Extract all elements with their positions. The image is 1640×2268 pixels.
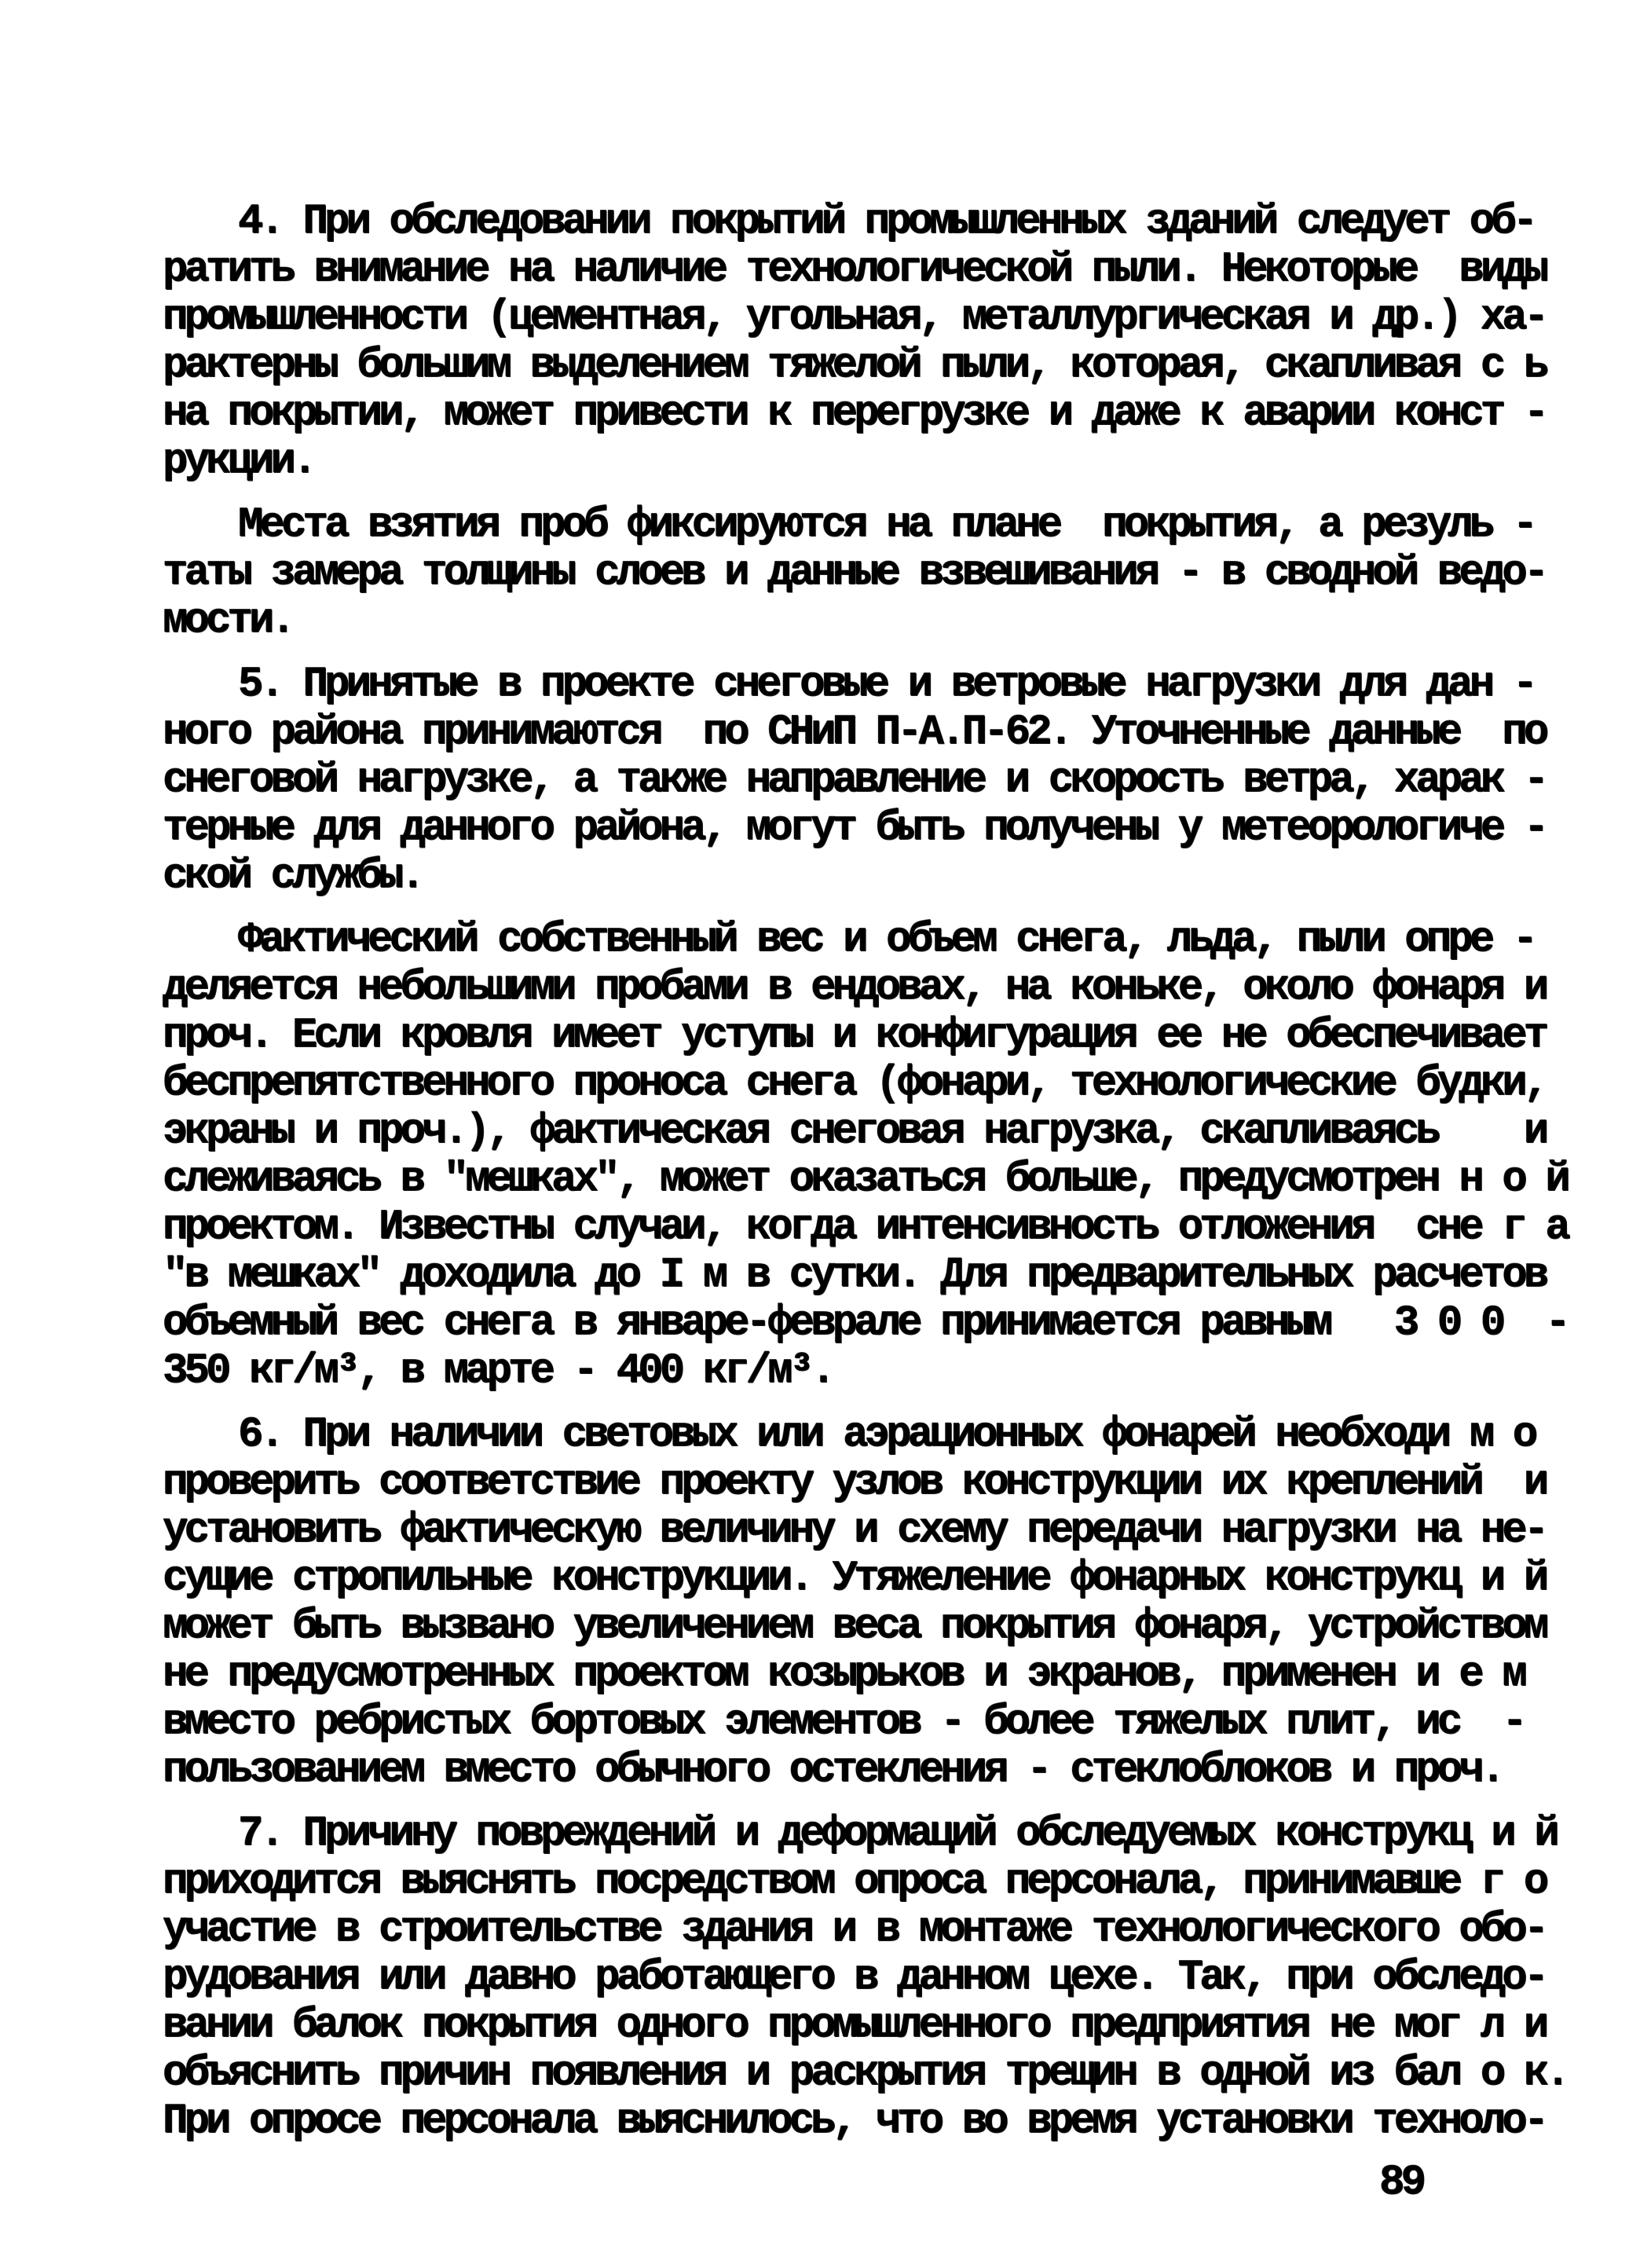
text-line: Места взятия проб фиксируются на плане п… — [163, 501, 1567, 549]
text-line: ратить внимание на наличие технологическ… — [163, 246, 1567, 294]
text-line: 350 кг/м³, в марте - 400 кг/м³. — [163, 1347, 1567, 1395]
text-line: деляется небольшими пробами в ендовах, н… — [163, 964, 1567, 1012]
text-line: участие в строительстве здания и в монта… — [163, 1906, 1567, 1954]
text-line: 7. Причину повреждений и деформаций обсл… — [163, 1810, 1567, 1858]
text-line: "в мешках" доходила до I м в сутки. Для … — [163, 1251, 1567, 1299]
text-line: объемный вес снега в январе-феврале прин… — [163, 1299, 1567, 1347]
typewritten-text-block: 4. При обследовании покрытий промышленны… — [163, 198, 1567, 2145]
page-number: 89 — [1379, 2159, 1422, 2207]
paragraph-sampling-note: Места взятия проб фиксируются на плане п… — [163, 501, 1567, 645]
text-line: таты замера толщины слоев и данные взвеш… — [163, 549, 1567, 597]
text-line: мости. — [163, 597, 1567, 645]
text-line: проверить соответствие проекту узлов кон… — [163, 1459, 1567, 1507]
paragraph-snow-weight-note: Фактический собственный вес и объем снег… — [163, 916, 1567, 1395]
text-line: может быть вызвано увеличением веса покр… — [163, 1603, 1567, 1651]
text-line: экраны и проч.), фактическая снеговая на… — [163, 1108, 1567, 1156]
text-line: Фактический собственный вес и объем снег… — [163, 916, 1567, 964]
paragraph-item-4: 4. При обследовании покрытий промышленны… — [163, 198, 1567, 485]
text-line: терные для данного района, могут быть по… — [163, 804, 1567, 852]
text-line: рукции. — [163, 438, 1567, 485]
text-line: рактерны большим выделением тяжелой пыли… — [163, 342, 1567, 390]
paragraph-item-7: 7. Причину повреждений и деформаций обсл… — [163, 1810, 1567, 2145]
scanned-document-page: 4. При обследовании покрытий промышленны… — [0, 0, 1640, 2268]
text-line: рудования или давно работающего в данном… — [163, 1954, 1567, 2002]
text-line: сущие стропильные конструкции. Утяжелени… — [163, 1555, 1567, 1603]
text-line: приходится выяснять посредством опроса п… — [163, 1858, 1567, 1906]
text-line: на покрытии, может привести к перегрузке… — [163, 390, 1567, 438]
text-line: ской службы. — [163, 852, 1567, 900]
text-line: проч. Если кровля имеет уступы и конфигу… — [163, 1012, 1567, 1060]
text-line: пользованием вместо обычного остекления … — [163, 1746, 1567, 1794]
text-line: установить фактическую величину и схему … — [163, 1507, 1567, 1555]
text-line: При опросе персонала выяснилось, что во … — [163, 2098, 1567, 2145]
text-line: ного района принимаются по СНиП П-А.П-62… — [163, 709, 1567, 757]
text-line: вании балок покрытия одного промышленног… — [163, 2002, 1567, 2050]
text-line: проектом. Известны случаи, когда интенси… — [163, 1204, 1567, 1251]
text-line: 5. Принятые в проекте снеговые и ветровы… — [163, 661, 1567, 709]
paragraph-item-5: 5. Принятые в проекте снеговые и ветровы… — [163, 661, 1567, 900]
text-line: снеговой нагрузке, а также направление и… — [163, 757, 1567, 804]
text-line: не предусмотренных проектом козырьков и … — [163, 1651, 1567, 1698]
text-line: промышленности (цементная, угольная, мет… — [163, 294, 1567, 342]
text-line: слеживаясь в "мешках", может оказаться б… — [163, 1156, 1567, 1204]
paragraph-item-6: 6. При наличии световых или аэрационных … — [163, 1411, 1567, 1794]
text-line: объяснить причин появления и раскрытия т… — [163, 2050, 1567, 2098]
text-line: 4. При обследовании покрытий промышленны… — [163, 198, 1567, 246]
text-line: вместо ребристых бортовых элементов - бо… — [163, 1698, 1567, 1746]
text-line: 6. При наличии световых или аэрационных … — [163, 1411, 1567, 1459]
text-line: беспрепятственного проноса снега (фонари… — [163, 1060, 1567, 1108]
